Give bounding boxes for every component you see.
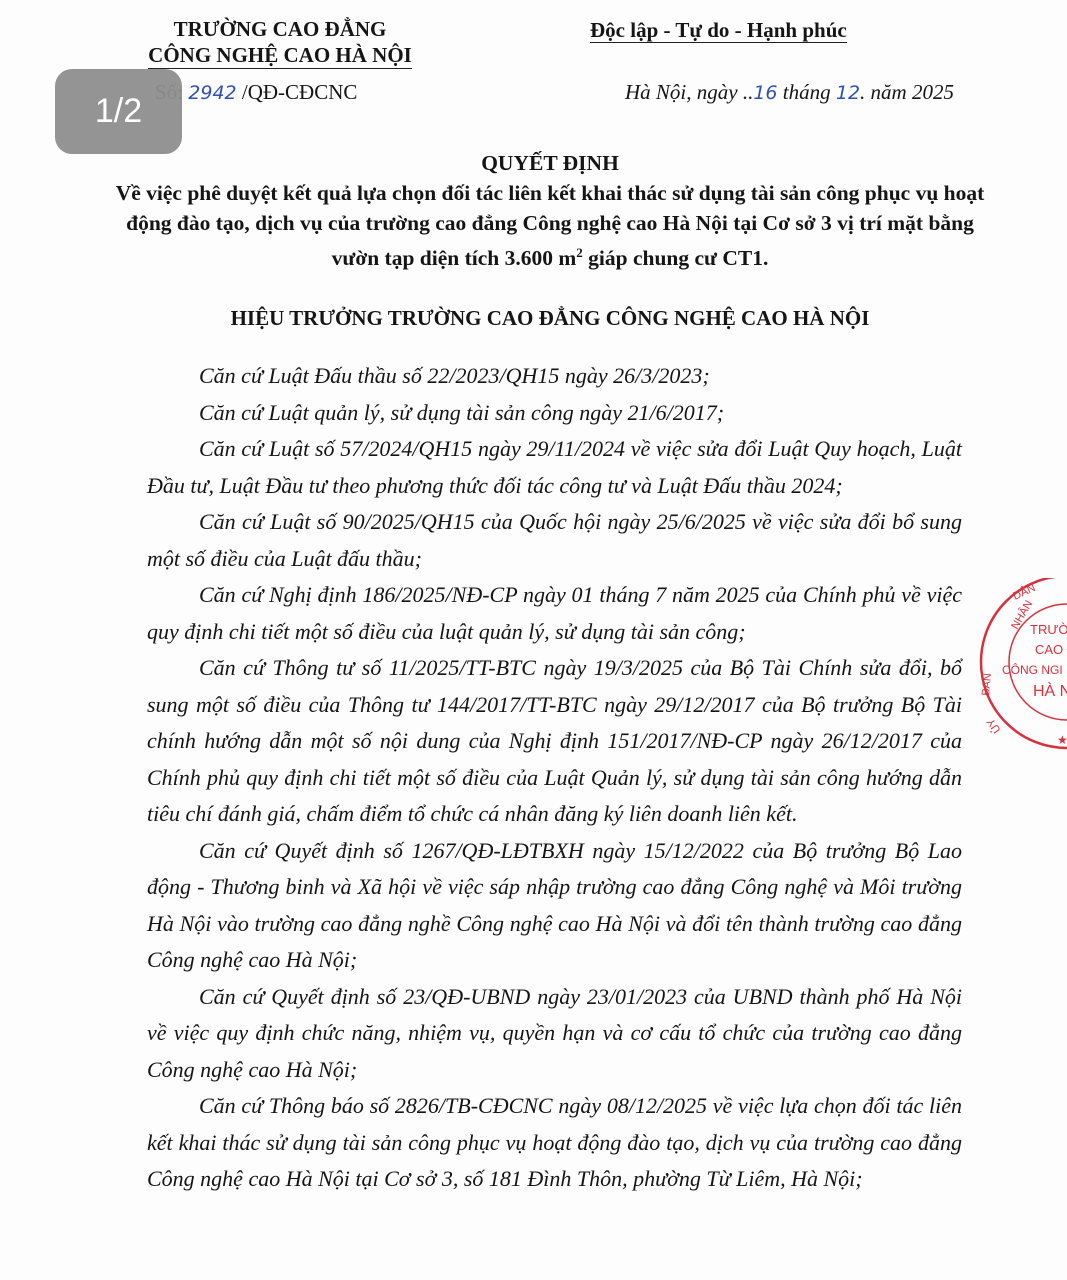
legal-basis-paragraph: Căn cứ Quyết định số 1267/QĐ-LĐTBXH ngày…: [147, 833, 962, 979]
date-year: . năm 2025: [860, 80, 954, 104]
legal-basis-paragraph: Căn cứ Quyết định số 23/QĐ-UBND ngày 23/…: [147, 979, 962, 1089]
legal-basis-paragraph: Căn cứ Luật số 57/2024/QH15 ngày 29/11/2…: [147, 431, 962, 504]
organization-header: TRƯỜNG CAO ĐẲNG CÔNG NGHỆ CAO HÀ NỘI: [120, 16, 440, 69]
motto-text: Độc lập - Tự do - Hạnh phúc: [590, 18, 847, 43]
issuer-heading: HIỆU TRƯỞNG TRƯỜNG CAO ĐẲNG CÔNG NGHỆ CA…: [110, 306, 990, 331]
svg-text:BAN: BAN: [980, 673, 994, 697]
subject-text-end: giáp chung cư CT1.: [583, 246, 769, 270]
national-motto: Độc lập - Tự do - Hạnh phúc: [590, 18, 847, 43]
decision-title-block: QUYẾT ĐỊNH Về việc phê duyệt kết quả lựa…: [110, 148, 990, 273]
legal-basis-paragraph: Căn cứ Thông báo số 2826/TB-CĐCNC ngày 0…: [147, 1088, 962, 1198]
legal-basis-paragraph: Căn cứ Thông tư số 11/2025/TT-BTC ngày 1…: [147, 650, 962, 833]
document-number: Số: 2942 /QĐ-CĐCNC: [155, 80, 357, 105]
red-seal-stamp: NHÂN DÂN BAN ỦY TRƯỜ CAO Đ CÔNG NGI HÀ N…: [975, 578, 1067, 758]
legal-basis-paragraph: Căn cứ Luật quản lý, sử dụng tài sản côn…: [147, 395, 962, 432]
number-handwritten: 2942: [188, 82, 236, 104]
date-day: 16: [753, 82, 777, 104]
number-suffix: /QĐ-CĐCNC: [242, 80, 358, 104]
svg-text:CÔNG NGI: CÔNG NGI: [1002, 662, 1063, 677]
legal-basis-paragraph: Căn cứ Nghị định 186/2025/NĐ-CP ngày 01 …: [147, 577, 962, 650]
svg-text:★: ★: [1057, 733, 1067, 747]
legal-bases: Căn cứ Luật Đấu thầu số 22/2023/QH15 ngà…: [147, 358, 962, 1198]
legal-basis-paragraph: Căn cứ Luật Đấu thầu số 22/2023/QH15 ngà…: [147, 358, 962, 395]
decision-title: QUYẾT ĐỊNH: [110, 148, 990, 178]
date-prefix: Hà Nội, ngày ..: [625, 80, 753, 104]
date-month-label: tháng: [783, 80, 831, 104]
decision-subject: Về việc phê duyệt kết quả lựa chọn đối t…: [110, 178, 990, 273]
org-name-line2: CÔNG NGHỆ CAO HÀ NỘI: [148, 42, 412, 69]
svg-text:HÀ N: HÀ N: [1033, 681, 1067, 700]
svg-text:CAO Đ: CAO Đ: [1035, 642, 1067, 657]
subject-text: Về việc phê duyệt kết quả lựa chọn đối t…: [116, 181, 985, 270]
document-page: TRƯỜNG CAO ĐẲNG CÔNG NGHỆ CAO HÀ NỘI Độc…: [0, 0, 1067, 1280]
issue-date: Hà Nội, ngày ..16 tháng 12. năm 2025: [625, 80, 954, 105]
org-name-line1: TRƯỜNG CAO ĐẲNG: [120, 16, 440, 42]
svg-text:TRƯỜ: TRƯỜ: [1030, 622, 1067, 637]
page-indicator-badge: 1/2: [55, 69, 182, 154]
date-month: 12: [836, 82, 860, 104]
legal-basis-paragraph: Căn cứ Luật số 90/2025/QH15 của Quốc hội…: [147, 504, 962, 577]
